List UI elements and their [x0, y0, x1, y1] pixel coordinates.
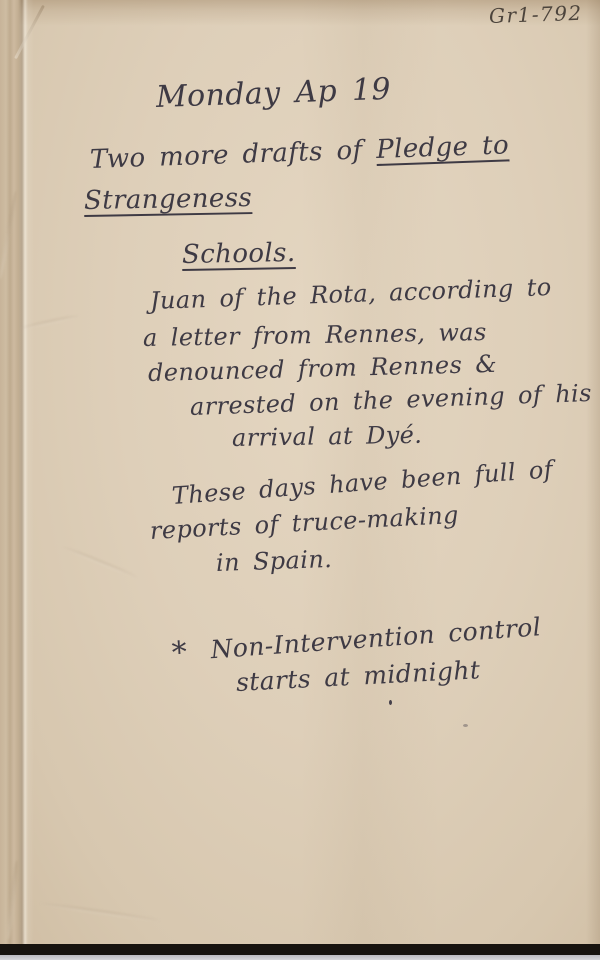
- paragraph1-line: a letter from Rennes, was: [143, 318, 487, 352]
- ink-speck: [389, 700, 392, 705]
- page-right-shading: [586, 0, 600, 946]
- asterisk-marker: *: [171, 635, 189, 671]
- paper-crease: [62, 545, 138, 579]
- scanned-diary-page: Gr1-792 Monday Ap 19 Two more drafts of …: [0, 0, 600, 960]
- section-heading: Schools.: [182, 238, 296, 270]
- page-left-binding-edge: [0, 0, 34, 960]
- scan-bottom-gray-edge: [0, 955, 600, 960]
- paper-crease: [40, 902, 159, 923]
- work-title-part2: Strangeness: [84, 183, 253, 216]
- paragraph1-line: denounced from Rennes &: [148, 350, 498, 387]
- paragraph1-line: arrival at Dyé.: [232, 421, 423, 452]
- scan-bottom-black-edge: [0, 944, 600, 955]
- ink-speck: [463, 724, 468, 727]
- archive-reference: Gr1-792: [489, 1, 583, 28]
- work-title-part1: Pledge to: [376, 130, 510, 165]
- paragraph2-line: in Spain.: [216, 545, 333, 577]
